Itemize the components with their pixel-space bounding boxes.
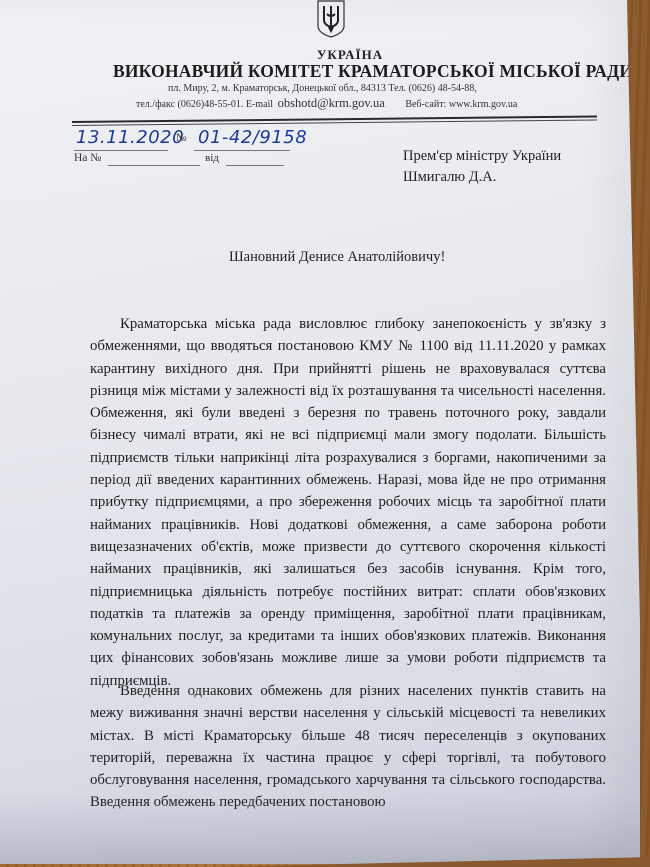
letterhead-organization: ВИКОНАВЧИЙ КОМІТЕТ КРАМАТОРСЬКОЇ МІСЬКОЇ…	[113, 61, 633, 82]
letterhead-address: пл. Миру, 2, м. Краматорськ, Донецької о…	[168, 83, 477, 94]
body-paragraph-1: Краматорська міська рада висловлює глибо…	[90, 313, 606, 692]
salutation: Шановний Денисе Анатолійовичу!	[229, 249, 445, 266]
paragraph-text: Краматорська міська рада висловлює глибо…	[90, 313, 606, 692]
reference-number-label: На №	[74, 152, 101, 164]
reference-date-label: від	[205, 152, 219, 164]
letterhead-contacts: тел./факс (0626)48-55-01. E-mail obshotd…	[136, 96, 517, 111]
website-address: www.krm.gov.ua	[449, 99, 517, 110]
reference-number-blank	[108, 165, 200, 166]
date-underline	[74, 150, 168, 151]
number-underline	[194, 150, 290, 151]
paragraph-text: Введення однакових обмежень для різних н…	[90, 680, 606, 814]
body-paragraph-2: Введення однакових обмежень для різних н…	[90, 680, 606, 814]
reference-date-blank	[226, 165, 284, 166]
registration-number: 01-42/9158	[198, 127, 307, 148]
website-label: Веб-сайт:	[405, 99, 446, 110]
recipient-block: Прем'єр міністру України Шмигалю Д.А.	[403, 146, 561, 188]
registration-number-label: №	[176, 132, 187, 144]
recipient-name: Шмигалю Д.А.	[403, 167, 561, 188]
trident-coat-of-arms-icon	[316, 0, 346, 38]
phone-fax-label: тел./факс (0626)48-55-01. E-mail	[136, 99, 273, 110]
email-address: obshotd@krm.gov.ua	[278, 96, 385, 110]
recipient-title: Прем'єр міністру України	[403, 146, 561, 167]
letter-page: УКРАЇНА ВИКОНАВЧИЙ КОМІТЕТ КРАМАТОРСЬКОЇ…	[0, 0, 640, 864]
registration-date: 13.11.2020	[76, 127, 184, 148]
